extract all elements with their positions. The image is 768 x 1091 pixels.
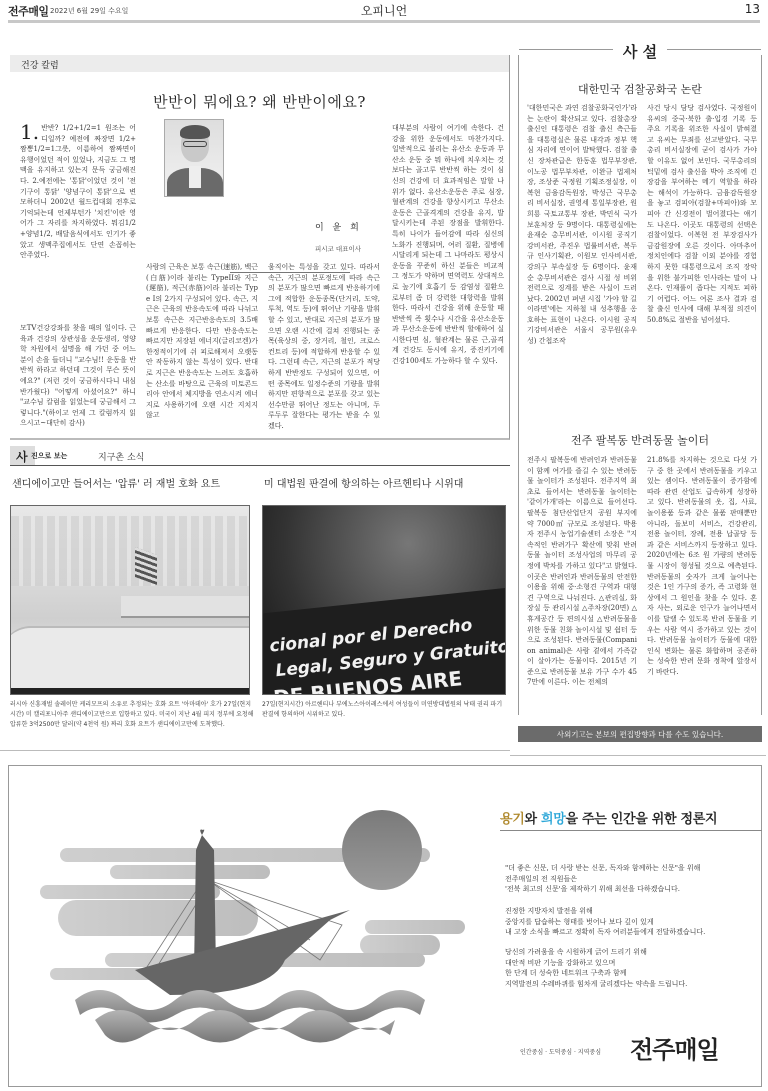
column-paragraph-3: 사람의 근육은 보통 속근(速筋), 백근(白筋)이라 불리는 TypeII와 … — [146, 262, 258, 421]
ad-paragraph-1: "더 좋은 신문, 더 사랑 받는 신문, 독자와 함께하는 신문"을 위해 전… — [505, 863, 700, 895]
photo-caption-1: 러시아 신흥재벌 솔레이만 케리모프의 소유로 추정되는 호화 요트 '아마데아… — [10, 700, 255, 730]
yacht-photo-icon — [10, 505, 250, 695]
divider — [0, 750, 510, 751]
pen-ship-illustration-icon — [20, 800, 480, 1060]
editorial-1-title: 대한민국 검찰공화국 논란 — [519, 81, 761, 97]
author-portrait-icon — [164, 119, 224, 197]
drop-cap: 1. — [20, 123, 39, 141]
column-category: 건강 칼럼 — [10, 55, 509, 72]
editorial-2-title: 전주 팔복동 반려동물 놀이터 — [519, 432, 761, 448]
photo-news-title-2: 미 대법원 판결에 항의하는 아르헨티나 시위대 — [264, 475, 463, 490]
newspaper-logo: 전주매일 — [630, 1030, 719, 1065]
section-title: 오피니언 — [8, 2, 760, 19]
column-paragraph-4: 움직이는 특성을 갖고 있다. 따라서 속근, 지근의 분포정도에 따라 속근의… — [268, 262, 380, 432]
editorial-2-left: 전주시 팔복동에 반려인과 반려동물이 함께 여가를 즐길 수 있는 반려동물 … — [527, 455, 637, 688]
ad-slogan: 용기와 희망을 주는 인간을 위한 정론지 — [500, 808, 717, 827]
masthead: 전주매일 2022년 6월 29일 수요일 오피니언 13 — [8, 2, 760, 22]
column-paragraph-5: 대부분의 사람이 여기에 속한다. 건강을 위한 운동에서도 마찬가지다. 일반… — [392, 123, 504, 367]
photo-news-title-1: 샌디에이고만 들어서는 '압류' 러 재벌 호화 요트 — [12, 475, 220, 490]
editorial-section: 사 설 대한민국 검찰공화국 논란 '대한민국은 과연 검찰공화국인가'라는 논… — [518, 55, 762, 715]
editorial-label: 사 설 — [519, 41, 761, 62]
health-column: 건강 칼럼 반반이 뭐에요? 왜 반반이에요? 1. 반반? 1/2+1/2=1… — [10, 55, 510, 440]
author-name: 이 윤 희 — [315, 220, 362, 233]
editorial-1-left: '대한민국은 과연 검찰공화국인가'라는 논란이 확산되고 있다. 검찰총장 출… — [527, 103, 637, 347]
ad-motto: 인간중심 · 도덕중심 · 지역중심 — [520, 1047, 601, 1056]
editorial-1-right: 사건 당시 담당 검사였다. 국정원이 유씨의 중국·북한 출·입경 기록 등 … — [647, 103, 757, 325]
column-title: 반반이 뭐에요? 왜 반반이에요? — [10, 91, 509, 112]
editorial-2-right: 21.8%를 차지하는 것으로 다섯 가구 중 한 곳에서 반려동물을 키우고 … — [647, 455, 757, 677]
photo-caption-2: 27일(현지시간) 아르헨티나 부에노스아이레스에서 여성들이 미연방대법원의 … — [262, 700, 508, 720]
author-role: 피시코 대표이사 — [315, 244, 361, 253]
photo-news-header: 사 진으로 보는 지구촌 소식 — [10, 446, 510, 466]
ad-paragraph-2: 진정한 지방자치 발전을 위해 중앙지를 답습하는 형태를 벗어나 보다 깊이 … — [505, 906, 705, 938]
page-number: 13 — [745, 2, 760, 16]
divider — [500, 830, 762, 831]
column-paragraph-1: 1. 반반? 1/2+1/2=1 원조는 어디일까? 예전에 짜장면 1/2+ … — [20, 123, 136, 261]
ad-paragraph-3: 당신의 가려움을 속 시원하게 긁어 드리기 위해 대안적 비판 기능을 강화하… — [505, 947, 687, 989]
divider — [510, 755, 766, 756]
column-paragraph-2: 모TV건강강좌를 찾을 때의 일이다. 근육과 건강의 상관성을 운동생리, 영… — [20, 323, 136, 429]
protest-photo-icon: cional por el Derecho Legal, Seguro y Gr… — [262, 505, 506, 695]
masthead-rule — [8, 20, 760, 23]
contribution-notice: 사외기고는 본보의 편집방향과 다를 수도 있습니다. — [518, 726, 762, 742]
